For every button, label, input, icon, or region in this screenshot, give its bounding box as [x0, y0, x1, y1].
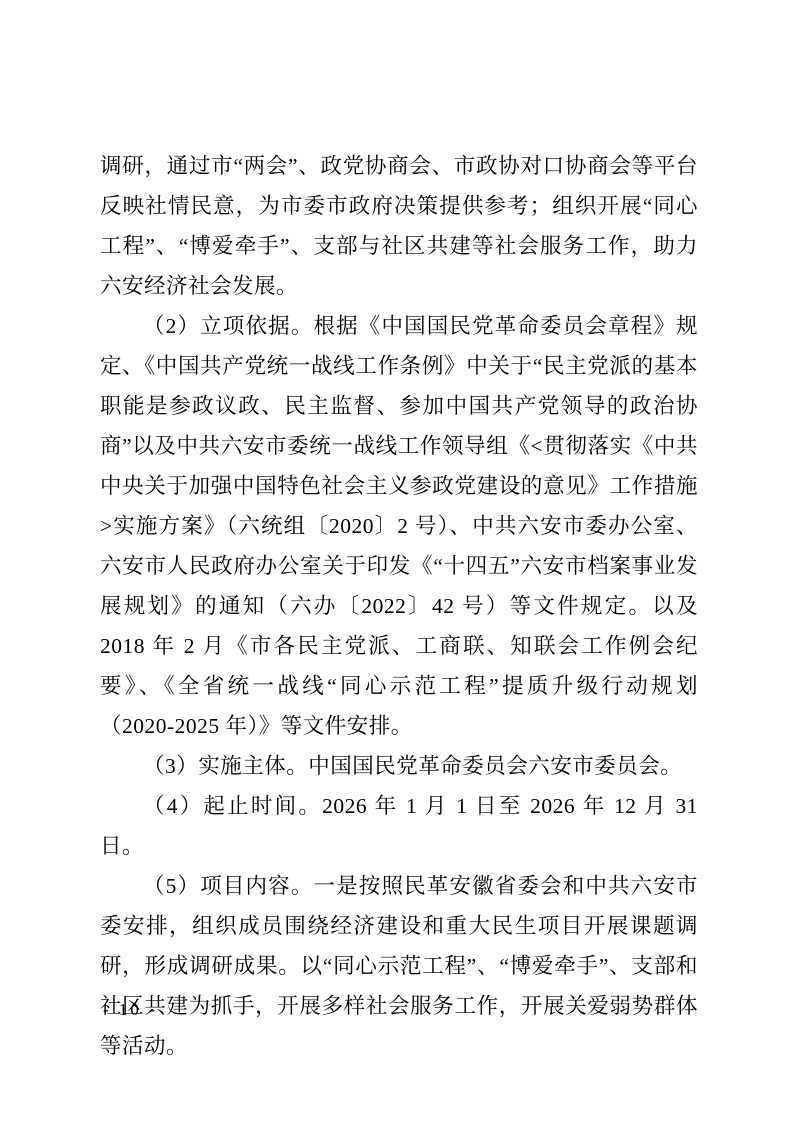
page-number: - 10 - — [103, 998, 158, 1022]
document-page: 调研，通过市“两会”、政党协商会、市政协对口协商会等平台反映社情民意，为市委市政… — [0, 0, 793, 1122]
paragraph-item-2-basis: （2）立项依据。根据《中国国民党革命委员会章程》规定、《中国共产党统一战线工作条… — [100, 306, 698, 746]
paragraph-continuation: 调研，通过市“两会”、政党协商会、市政协对口协商会等平台反映社情民意，为市委市政… — [100, 146, 698, 306]
paragraph-item-5-content: （5）项目内容。一是按照民革安徽省委会和中共六安市委安排，组织成员围绕经济建设和… — [100, 866, 698, 1066]
paragraph-item-3-implementer: （3）实施主体。中国国民党革命委员会六安市委员会。 — [100, 746, 698, 786]
paragraph-item-4-duration: （4）起止时间。2026 年 1 月 1 日至 2026 年 12 月 31 日… — [100, 786, 698, 866]
document-body: 调研，通过市“两会”、政党协商会、市政协对口协商会等平台反映社情民意，为市委市政… — [100, 146, 698, 1066]
